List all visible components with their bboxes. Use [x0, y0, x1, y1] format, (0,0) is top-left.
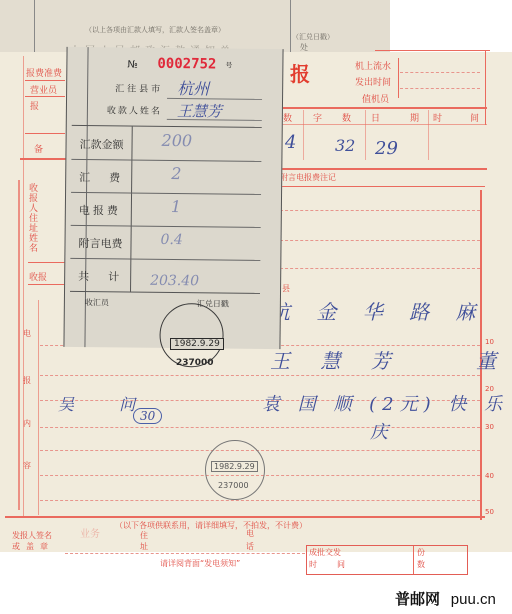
stub-row: 汇款金额 200: [71, 126, 261, 162]
stub-row-label: 汇 费: [79, 169, 124, 185]
header-cell-hour: 时: [433, 111, 442, 124]
postmark-lower-date: 1982.9.29: [211, 461, 258, 472]
label-text-3: 内: [23, 418, 31, 429]
grid-line: [280, 240, 480, 241]
stub-serial-prefix: №: [127, 60, 138, 71]
remittance-stub: № 0002752 号 汇往县市 杭州 收款人姓名 王慧芳 汇款金额 200 汇…: [63, 47, 283, 349]
stub-row-value: 200: [162, 131, 193, 150]
watermark-site-cn: 普邮网: [395, 590, 440, 608]
label-text-1: 电: [23, 328, 31, 339]
stub-row: 汇 费 2: [71, 159, 261, 195]
stub-serial-number: 0002752: [157, 56, 216, 73]
grid-line: [40, 375, 480, 376]
stub-row-label: 电报费: [79, 202, 121, 218]
stub-row-value: 2: [171, 164, 181, 183]
back-form-vertical-line-2: [290, 0, 291, 60]
header-row-top: [272, 107, 487, 109]
header-cell-time: 间: [470, 111, 479, 124]
back-form-vertical-line: [34, 0, 35, 60]
handwritten-time: 29: [375, 138, 398, 159]
back-form-notice: （以上各项由汇款人填写，汇款人签名盖章）: [85, 25, 225, 35]
header-col-line: [428, 110, 429, 160]
line-number-40: 40: [485, 472, 494, 480]
label-operator: 值机员: [362, 92, 389, 105]
grid-line: [280, 268, 480, 269]
footer-accept-time-1: 成批交发: [309, 547, 341, 558]
footer-address-2: 址: [140, 541, 148, 552]
stub-row-value: 1: [171, 197, 181, 216]
line-number-50: 50: [485, 508, 494, 516]
label-text-2: 报: [23, 375, 31, 386]
telegram-body-line-3: 袁 国 顺 (2元) 快 乐: [262, 390, 508, 416]
footer-phone-2: 话: [246, 541, 254, 552]
grid-line: [40, 427, 480, 428]
footer-read-back: 请详阅背面“发电须知”: [160, 558, 240, 569]
footer-top-line: [5, 516, 485, 518]
stub-serial-suffix: 号: [225, 61, 232, 71]
stub-clerk-label: 收汇员: [85, 297, 109, 308]
stub-row-value: 0.4: [160, 232, 182, 248]
label-receiver-address: 收报人住址姓名: [26, 183, 39, 253]
footer-field-line: [65, 553, 305, 554]
stub-row-value: 203.40: [150, 273, 199, 290]
section-top-line: [272, 168, 487, 170]
form-title-char: 报: [290, 58, 310, 87]
label-send-time: 发出时间: [355, 75, 391, 88]
label-machine-serial: 机上流水: [355, 59, 391, 72]
telegram-body-line-2: 王 慧 芳 董: [270, 345, 508, 374]
divider: [25, 96, 65, 97]
footer-address-1: 住: [140, 530, 148, 541]
header-cell-count-2: 数: [342, 111, 351, 124]
divider: [25, 133, 65, 134]
postmark-lower-code: 237000: [218, 481, 249, 490]
top-right-label-divider: [398, 58, 399, 98]
stub-row-label: 附言电费: [78, 235, 122, 251]
telegram-body-line-4: 庆: [370, 418, 388, 444]
stub-payee-label: 收款人姓名: [107, 103, 162, 117]
stub-row: 共 计 203.40: [70, 258, 260, 293]
grid-left-border: [38, 300, 39, 515]
top-right-right-border: [485, 50, 486, 125]
footer-sender-sign-2: 或盖章: [12, 541, 54, 552]
grid-line: [40, 450, 480, 451]
header-cell-count: 数: [283, 111, 292, 124]
left-margin-line: [18, 180, 20, 510]
postmark-upper-code: 237000: [176, 358, 214, 368]
stub-row: 电报费 1: [71, 192, 261, 228]
postmark-upper-date: 1982.9.29: [170, 338, 224, 350]
stub-row: 附言电费 0.4: [70, 225, 260, 261]
watermark-site-url: puu.cn: [451, 591, 496, 608]
header-col-line: [365, 110, 366, 160]
footer-stamp-faded: 业务: [80, 525, 100, 540]
left-inner-line: [23, 56, 24, 516]
footer-sender-sign-1: 发报人签名: [12, 530, 52, 541]
footer-phone-1: 电: [246, 528, 254, 539]
header-col-line: [303, 110, 304, 160]
label-report-fee: 报费准费: [26, 66, 62, 79]
telegram-body-line-1: 杭 金 华 路 麻: [270, 296, 485, 325]
handwritten-word-count: 4: [285, 132, 296, 153]
back-form-right-note: （汇兑日戳）: [292, 32, 334, 42]
header-cell-char: 字: [313, 111, 322, 124]
label-remark: 备: [34, 142, 43, 155]
field-line: [400, 72, 480, 73]
postmark-lower: 1982.9.29 237000: [205, 440, 265, 500]
footer-batch-box: 成批交发 时间 份 数: [306, 545, 468, 575]
footer-copies-2: 数: [417, 559, 425, 570]
field-line: [400, 88, 480, 89]
header-cell-day: 日: [371, 111, 380, 124]
line-number-30: 30: [485, 423, 494, 431]
watermark: 普邮网 puu.cn: [395, 588, 496, 609]
grid-line: [40, 500, 480, 501]
header-cell-date: 期: [410, 111, 419, 124]
circled-note: 30: [133, 408, 162, 424]
label-receiver-code: 收报: [29, 270, 47, 283]
stub-city-value: 杭州: [177, 76, 209, 99]
footer-copies-1: 份: [417, 547, 425, 558]
grid-line: [280, 210, 480, 211]
header-row-divider: [272, 124, 487, 125]
stub-row-label: 共 计: [78, 268, 123, 284]
footer-box-divider: [413, 546, 414, 574]
top-right-border: [375, 50, 490, 51]
section-note: 附言电报费注记: [280, 172, 336, 183]
stub-fee-table: 汇款金额 200 汇 费 2 电报费 1 附言电费 0.4 共 计 203.40: [70, 125, 262, 294]
handwritten-date: 32: [335, 136, 355, 155]
footer-accept-time-2: 时间: [309, 559, 365, 570]
divider: [25, 80, 65, 81]
label-text-4: 容: [23, 460, 31, 471]
stub-city-label: 汇往县市: [115, 81, 163, 95]
label-clerk: 营业员: [30, 83, 57, 96]
small-label-county: 县: [282, 283, 290, 294]
stub-row-label: 汇款金额: [79, 136, 123, 152]
label-report: 报: [30, 99, 39, 112]
